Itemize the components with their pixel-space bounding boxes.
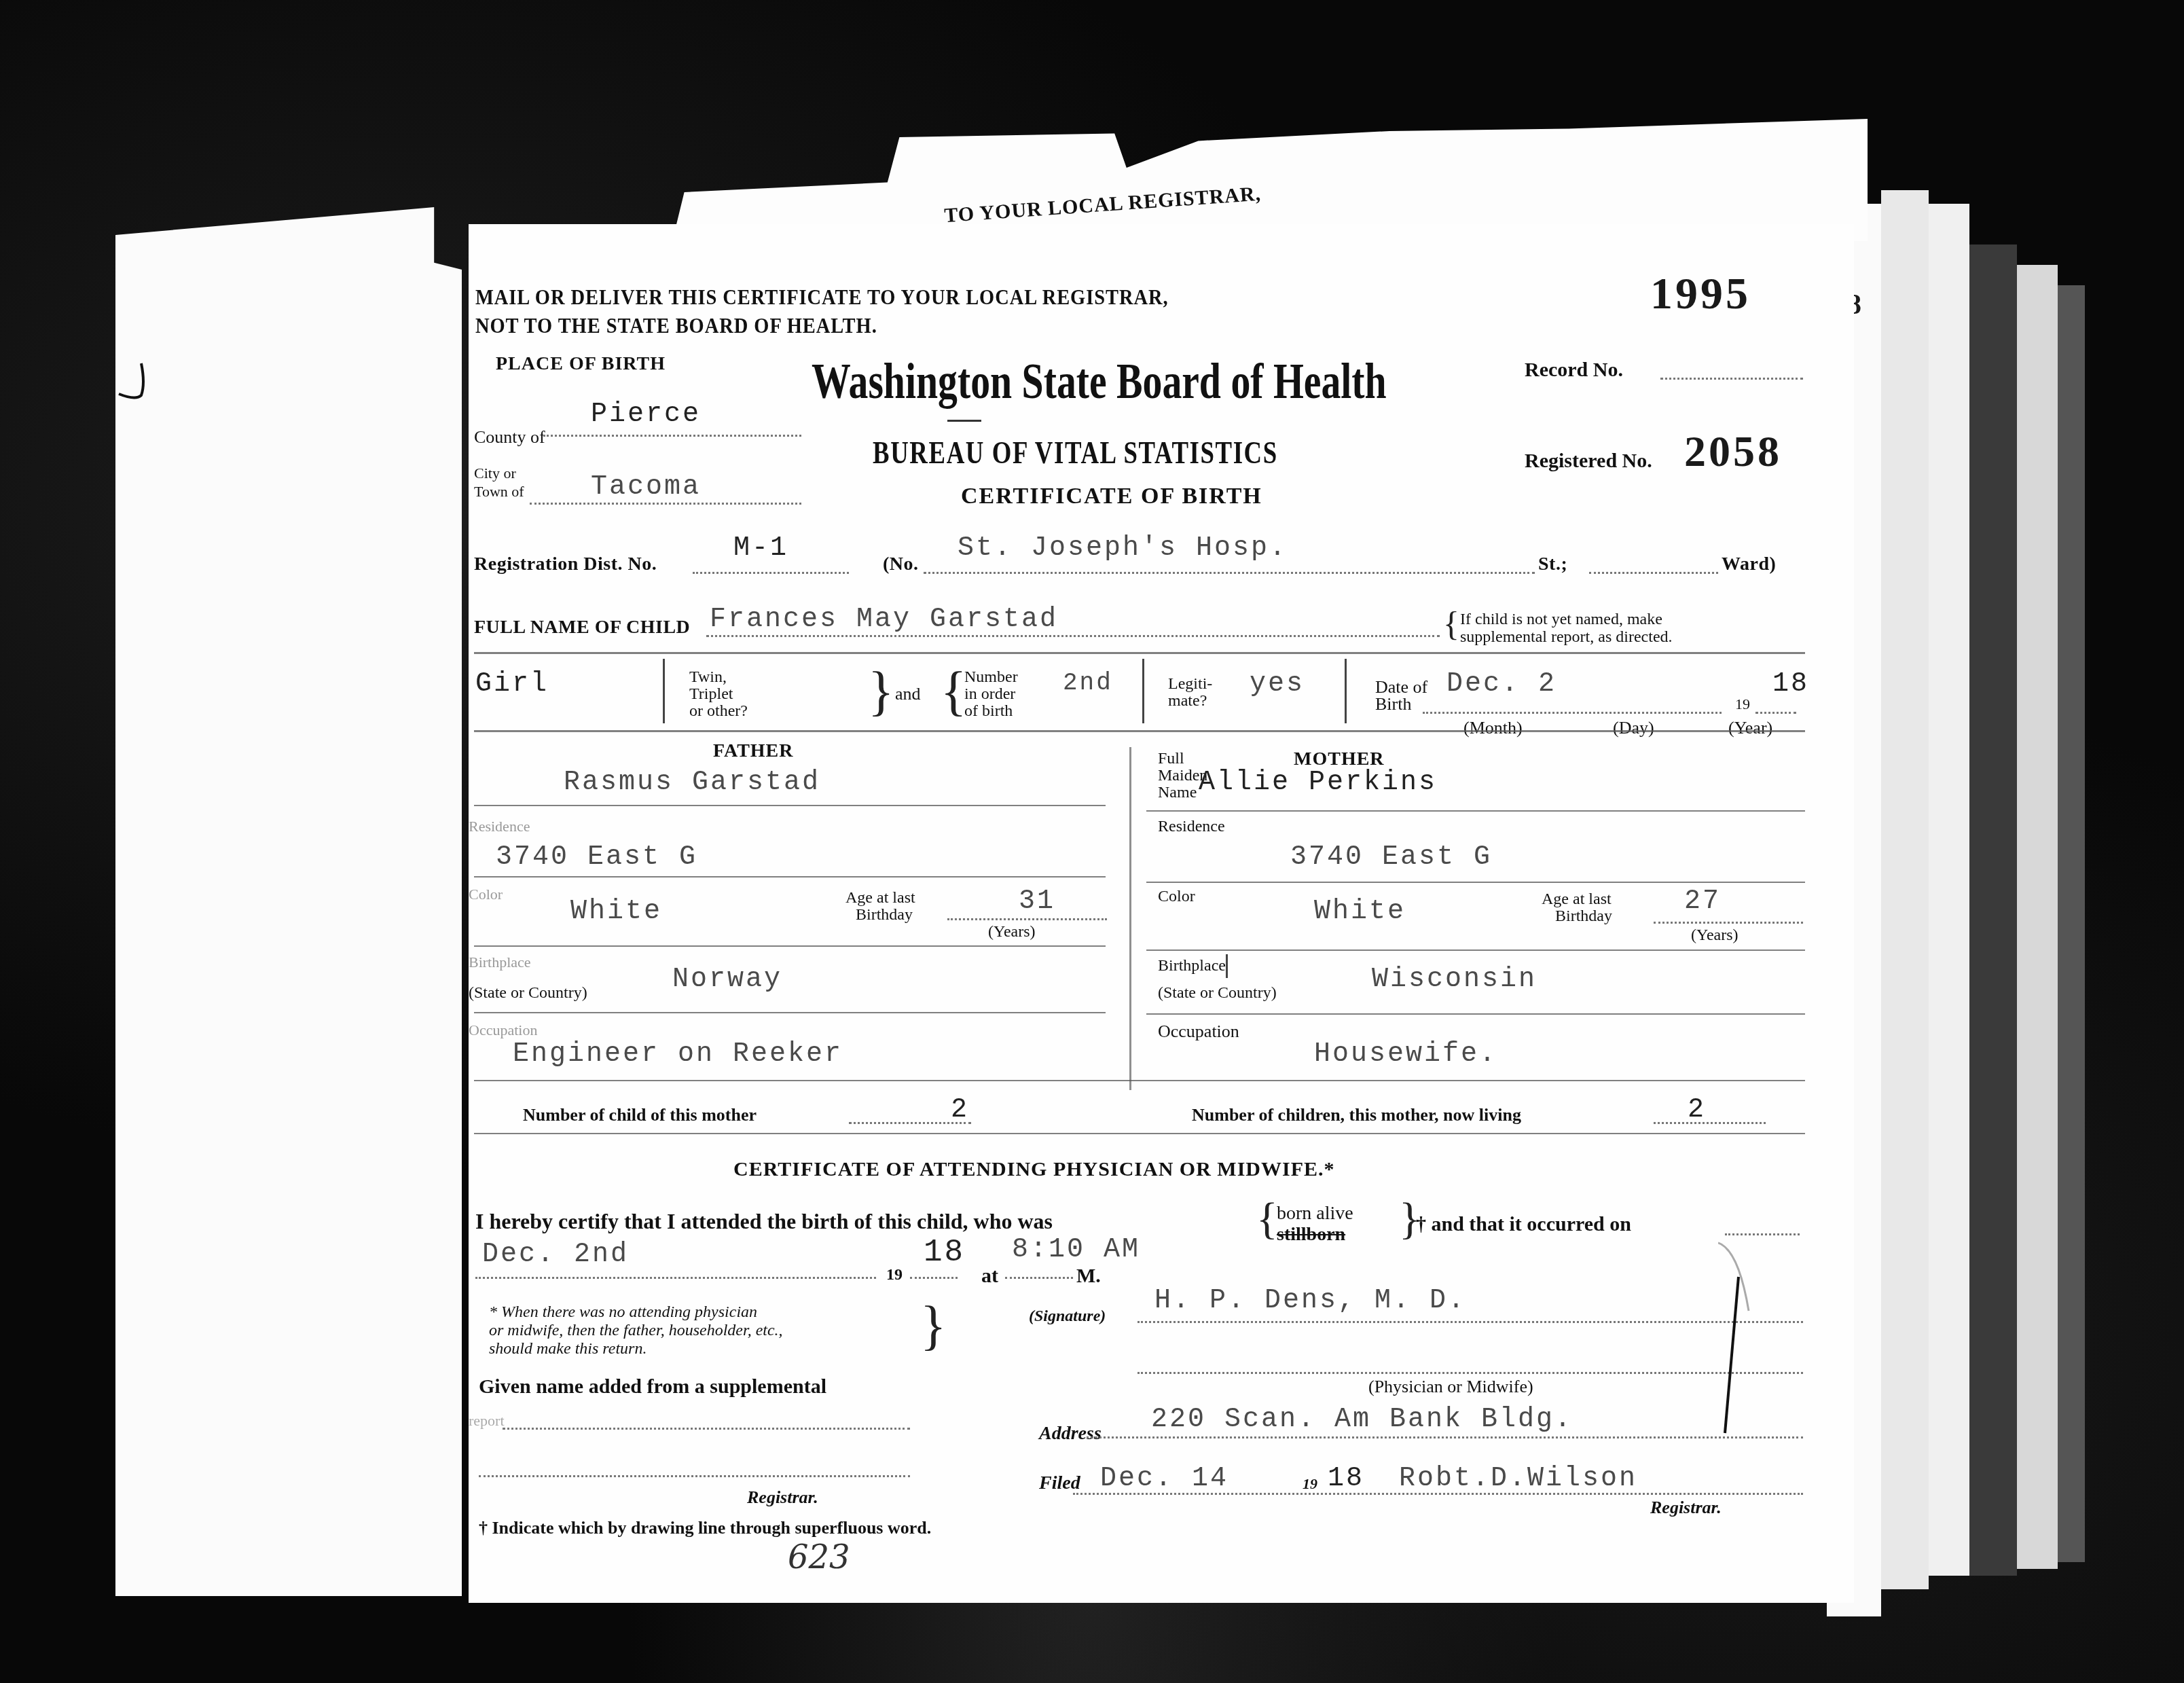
mother-name-value: Allie Perkins: [1199, 767, 1437, 798]
mother-birthplace-label-2: (State or Country): [1158, 985, 1277, 1002]
city-label-2: Town of: [474, 484, 524, 499]
dob-label-2: Birth: [1375, 695, 1411, 713]
physician-section-title: CERTIFICATE OF ATTENDING PHYSICIAN OR MI…: [733, 1158, 1334, 1181]
father-occupation-value: Engineer on Reeker: [513, 1039, 843, 1070]
day-caption: (Day): [1613, 719, 1654, 737]
left-blank-sheet: [115, 207, 462, 1596]
footnote-line-2: or midwife, then the father, householder…: [489, 1322, 783, 1339]
physician-year-prefix: 19: [886, 1267, 903, 1284]
father-occupation-label: Occupation: [469, 1022, 537, 1038]
not-named-note-1: If child is not yet named, make: [1460, 611, 1662, 628]
brace-icon: {: [941, 664, 966, 719]
father-birthplace-label-1: Birthplace: [469, 954, 531, 970]
filed-date: Dec. 14: [1100, 1464, 1228, 1494]
number-of-child-value: 2: [951, 1095, 969, 1125]
m-label: M.: [1076, 1265, 1101, 1288]
ward-label: Ward): [1722, 554, 1776, 575]
father-birthplace-value: Norway: [672, 964, 782, 995]
legit-label-2: mate?: [1168, 693, 1207, 710]
city-value: Tacoma: [591, 472, 701, 503]
occurred-text: † and that it occurred on: [1416, 1213, 1631, 1236]
now-living-label: Number of children, this mother, now liv…: [1192, 1106, 1521, 1124]
father-age-label-1: Age at last: [845, 890, 915, 907]
filed-label: Filed: [1039, 1472, 1080, 1494]
sex-value: Girl: [475, 669, 549, 700]
mother-occupation-value: Housewife.: [1314, 1039, 1497, 1070]
order-value: 2nd: [1063, 669, 1113, 697]
physician-caption: (Physician or Midwife): [1368, 1377, 1533, 1396]
filed-year-prefix: 19: [1303, 1475, 1317, 1493]
order-label-3: of birth: [964, 703, 1013, 720]
registrar-name: Robt.D.Wilson: [1399, 1464, 1637, 1494]
st-label: St.;: [1538, 554, 1567, 575]
father-birthplace-label-2: (State or Country): [469, 985, 587, 1002]
no-value: St. Joseph's Hosp.: [958, 533, 1288, 564]
stamped-number: 1995: [1650, 268, 1751, 320]
brace-icon: }: [920, 1299, 946, 1353]
order-label-1: Number: [964, 669, 1018, 686]
mother-color-label: Color: [1158, 888, 1195, 905]
city-label-1: City or: [474, 465, 516, 481]
pen-mark-icon: [1718, 1236, 1759, 1440]
instruction-line-2: NOT TO THE STATE BOARD OF HEALTH.: [475, 314, 877, 338]
bureau-title: BUREAU OF VITAL STATISTICS: [873, 435, 1278, 471]
agency-title: Washington State Board of Health: [812, 353, 1387, 411]
record-no-label: Record No.: [1525, 359, 1623, 382]
father-age-value: 31: [1019, 886, 1055, 917]
supplemental-registrar-caption: Registrar.: [747, 1487, 818, 1508]
place-of-birth-label: PLACE OF BIRTH: [496, 353, 666, 375]
dob-month-day: Dec. 2: [1446, 669, 1557, 700]
hair-mark-icon: [115, 360, 149, 401]
twin-label-3: or other?: [689, 703, 748, 720]
certify-text: I hereby certify that I attended the bir…: [475, 1209, 1053, 1234]
handwritten-number: 623: [788, 1538, 850, 1576]
at-label: at: [981, 1265, 998, 1288]
child-name-value: Frances May Garstad: [710, 604, 1058, 635]
reg-dist-value: M-1: [733, 533, 788, 564]
physician-date-value: Dec. 2nd: [482, 1239, 629, 1270]
order-label-2: in order: [964, 686, 1015, 703]
father-color-label: Color: [469, 886, 503, 902]
reg-dist-label: Registration Dist. No.: [474, 554, 657, 575]
registered-no-value: 2058: [1684, 427, 1782, 477]
mother-name-label-1: Full: [1158, 750, 1184, 767]
father-residence-value: 3740 East G: [496, 842, 697, 873]
legit-label-1: Legiti-: [1168, 676, 1212, 693]
mother-years-caption: (Years): [1691, 927, 1739, 944]
born-alive-option: born alive: [1277, 1204, 1353, 1223]
physician-year-value: 18: [924, 1235, 965, 1270]
brace-icon: }: [868, 664, 894, 719]
year-caption: (Year): [1728, 719, 1772, 737]
month-caption: (Month): [1463, 719, 1523, 737]
mother-age-value: 27: [1684, 886, 1721, 917]
superfluous-footnote: † Indicate which by drawing line through…: [479, 1518, 931, 1538]
number-of-child-label: Number of child of this mother: [523, 1106, 757, 1124]
mother-residence-label: Residence: [1158, 818, 1225, 835]
mother-birthplace-label-1: Birthplace: [1158, 958, 1226, 975]
report-label: report: [469, 1413, 505, 1428]
dob-year: 18: [1772, 669, 1809, 700]
now-living-value: 2: [1688, 1095, 1706, 1125]
paper-stack-edges: 8: [1827, 163, 2119, 1623]
not-named-note-2: supplemental report, as directed.: [1460, 629, 1673, 646]
county-label: County of: [474, 428, 545, 446]
address-value: 220 Scan. Am Bank Bldg.: [1151, 1405, 1573, 1435]
legit-value: yes: [1250, 669, 1305, 700]
father-color-value: White: [570, 897, 662, 927]
form-title: CERTIFICATE OF BIRTH: [961, 484, 1262, 509]
mother-residence-value: 3740 East G: [1290, 842, 1492, 873]
stillborn-option: stillborn: [1277, 1225, 1345, 1244]
no-label: (No.: [883, 554, 919, 575]
county-value: Pierce: [591, 399, 701, 430]
mother-name-label-3: Name: [1158, 784, 1197, 801]
filed-year: 18: [1328, 1464, 1364, 1494]
mother-color-value: White: [1314, 897, 1406, 927]
signature-label: (Signature): [1029, 1307, 1106, 1326]
father-name-value: Rasmus Garstad: [564, 767, 820, 798]
and-label: and: [895, 685, 921, 703]
footnote-line-3: should make this return.: [489, 1341, 647, 1358]
full-name-label: FULL NAME OF CHILD: [474, 617, 690, 638]
address-label: Address: [1039, 1423, 1102, 1445]
twin-label-2: Triplet: [689, 686, 733, 703]
mother-occupation-label: Occupation: [1158, 1022, 1239, 1040]
mother-age-label-2: Birthday: [1555, 908, 1612, 925]
registered-no-label: Registered No.: [1525, 450, 1652, 473]
father-age-label-2: Birthday: [856, 907, 913, 924]
supplemental-text: Given name added from a supplemental: [479, 1375, 826, 1398]
registrar-caption: Registrar.: [1650, 1498, 1722, 1518]
brace-icon: {: [1443, 607, 1459, 640]
twin-label-1: Twin,: [689, 669, 727, 686]
dob-year-prefix: 19: [1735, 696, 1750, 712]
father-residence-label: Residence: [469, 818, 530, 834]
instruction-line-1: MAIL OR DELIVER THIS CERTIFICATE TO YOUR…: [475, 285, 1169, 310]
mother-age-label-1: Age at last: [1542, 891, 1612, 908]
father-years-caption: (Years): [988, 924, 1036, 941]
brace-icon: {: [1256, 1197, 1278, 1242]
footnote-line-1: * When there was no attending physician: [489, 1304, 757, 1321]
signature-value: H. P. Dens, M. D.: [1154, 1286, 1466, 1316]
father-section-label: FATHER: [713, 740, 794, 762]
time-value: 8:10 AM: [1012, 1235, 1140, 1265]
mother-birthplace-value: Wisconsin: [1372, 964, 1537, 995]
